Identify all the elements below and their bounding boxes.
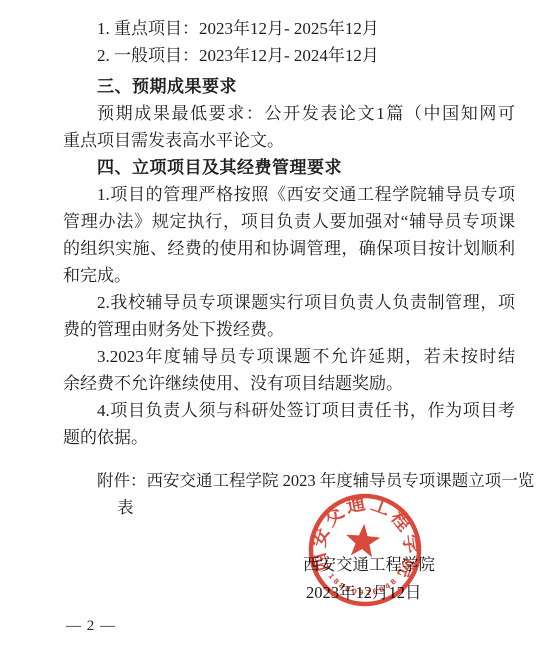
paragraph-line: 2.我校辅导员专项课题实行项目负责人负责制管理，项目经 [63, 289, 515, 316]
section-heading: 三、预期成果要求 [63, 73, 515, 100]
paragraph-line: 预期成果最低要求：公开发表论文1篇（中国知网可查）， [63, 100, 515, 127]
attachment-note: 附件：西安交通工程学院 2023 年度辅导员专项课题立项一览 表 [63, 466, 515, 520]
paragraph-line: 余经费不允许继续使用、没有项目结题奖励。 [63, 370, 515, 397]
section-heading: 四、立项项目及其经费管理要求 [63, 154, 515, 181]
paragraph-line: 和完成。 [63, 262, 515, 289]
paragraph-line: 管理办法》规定执行，项目负责人要加强对“辅导员专项课题” [63, 208, 515, 235]
page-number: — 2 — [66, 618, 116, 635]
paragraph-line: 3.2023年度辅导员专项课题不允许延期，若未按时结题，剩 [63, 343, 515, 370]
star-icon [344, 522, 381, 557]
attachment-line: 表 [63, 493, 515, 520]
paragraph-line: 1.项目的管理严格按照《西安交通工程学院辅导员专项课题 [63, 181, 515, 208]
attachment-line: 附件：西安交通工程学院 2023 年度辅导员专项课题立项一览 [63, 466, 515, 493]
official-seal: 西安交通工程学院 18880926848 [295, 480, 436, 621]
paragraph-line: 重点项目需发表高水平论文。 [63, 127, 515, 154]
document-page: 1. 重点项目：2023年12月- 2025年12月 2. 一般项目：2023年… [0, 0, 548, 665]
paragraph-line: 费的管理由财务处下拨经费。 [63, 316, 515, 343]
paragraph-line: 4.项目负责人须与科研处签订项目责任书，作为项目考评结 [63, 397, 515, 424]
list-item: 2. 一般项目：2023年12月- 2024年12月 [63, 42, 515, 69]
paragraph-line: 题的依据。 [63, 424, 515, 451]
document-body: 1. 重点项目：2023年12月- 2025年12月 2. 一般项目：2023年… [63, 15, 515, 451]
paragraph-line: 的组织实施、经费的使用和协调管理，确保项目按计划顺利实施 [63, 235, 515, 262]
list-item: 1. 重点项目：2023年12月- 2025年12月 [63, 15, 515, 42]
